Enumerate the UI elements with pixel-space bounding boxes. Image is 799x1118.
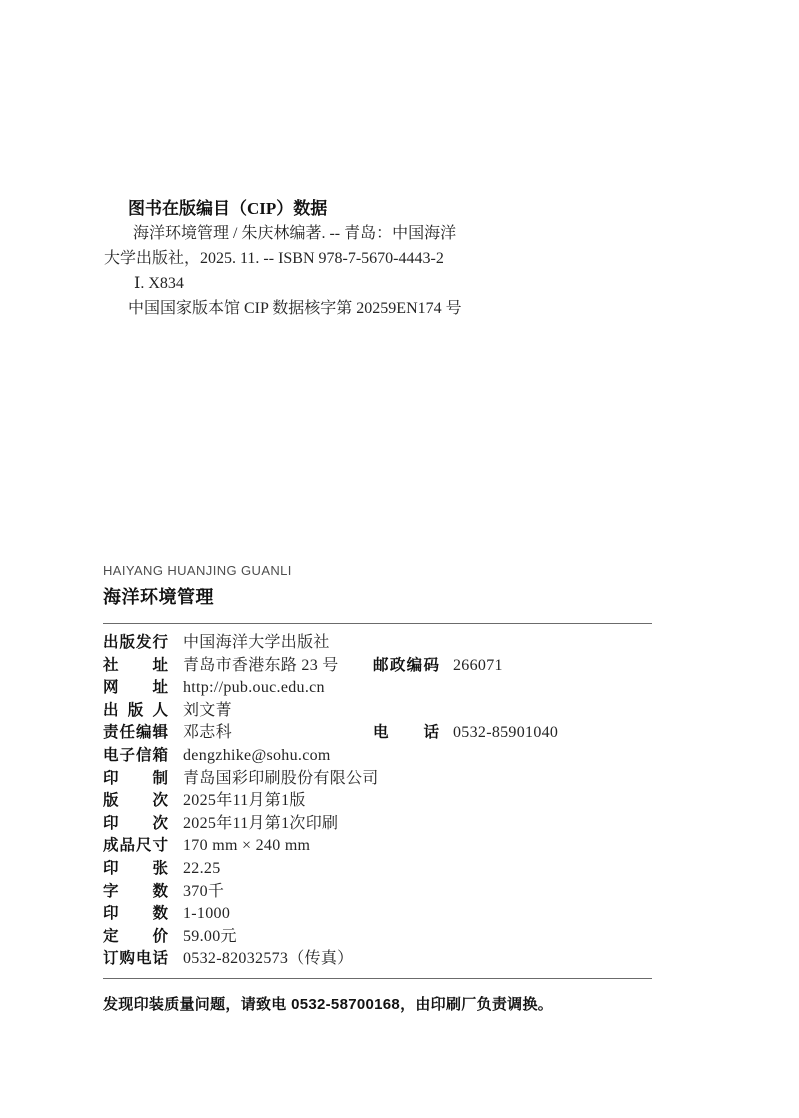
colophon-row-publisher-person: 出版人刘文菁 — [103, 700, 663, 723]
colophon-value: 刘文菁 — [183, 702, 232, 719]
colophon-label: 印次 — [103, 813, 168, 836]
colophon-label: 成品尺寸 — [103, 835, 168, 858]
colophon-value: 266071 — [453, 657, 503, 674]
colophon-value: 中国海洋大学出版社 — [183, 634, 330, 651]
colophon-value: http://pub.ouc.edu.cn — [183, 679, 325, 696]
colophon-value: 邓志科 — [183, 724, 232, 741]
cip-heading: 图书在版编目（CIP）数据 — [103, 196, 663, 221]
colophon-row-size: 成品尺寸170 mm × 240 mm — [103, 835, 663, 858]
cip-line: Ⅰ. X834 — [103, 271, 663, 296]
colophon-value: 青岛市香港东路 23 号 — [183, 657, 339, 674]
colophon-value: dengzhike@sohu.com — [183, 747, 331, 764]
copyright-page: 图书在版编目（CIP）数据 海洋环境管理 / 朱庆林编著. -- 青岛：中国海洋… — [0, 0, 799, 1118]
colophon-row-printrun: 印数1-1000 — [103, 903, 663, 926]
cip-line: 海洋环境管理 / 朱庆林编著. -- 青岛：中国海洋 — [103, 221, 663, 246]
cip-line: 大学出版社，2025. 11. -- ISBN 978-7-5670-4443-… — [103, 246, 663, 271]
colophon-label: 定价 — [103, 926, 168, 949]
colophon-label: 订购电话 — [103, 948, 168, 971]
colophon-value: 370千 — [183, 883, 224, 900]
colophon-label: 出版人 — [103, 700, 168, 723]
colophon-label: 邮政编码 — [373, 655, 439, 678]
cip-block: 图书在版编目（CIP）数据 海洋环境管理 / 朱庆林编著. -- 青岛：中国海洋… — [103, 196, 663, 321]
colophon-value: 170 mm × 240 mm — [183, 837, 310, 854]
colophon-row-impression: 印次2025年11月第1次印刷 — [103, 813, 663, 836]
book-title-pinyin: HAIYANG HUANJING GUANLI — [103, 563, 292, 578]
colophon-value: 22.25 — [183, 860, 221, 877]
colophon-label: 电子信箱 — [103, 745, 168, 768]
colophon-row-sheets: 印张22.25 — [103, 858, 663, 881]
colophon-value: 2025年11月第1次印刷 — [183, 815, 338, 832]
colophon-row-price: 定价59.00元 — [103, 926, 663, 949]
colophon-label: 电话 — [373, 722, 439, 745]
colophon-row-printer: 印制青岛国彩印刷股份有限公司 — [103, 768, 663, 791]
colophon-subcolumn: 电话0532-85901040 — [373, 722, 558, 745]
colophon-label: 字数 — [103, 881, 168, 904]
colophon-label: 印制 — [103, 768, 168, 791]
cip-line: 中国国家版本馆 CIP 数据核字第 20259EN174 号 — [103, 296, 663, 321]
colophon-label: 网址 — [103, 677, 168, 700]
colophon-row-editor: 责任编辑邓志科 电话0532-85901040 — [103, 722, 663, 745]
colophon-value: 1-1000 — [183, 905, 230, 922]
colophon-label: 印张 — [103, 858, 168, 881]
colophon-value: 青岛国彩印刷股份有限公司 — [183, 770, 379, 787]
footer-divider — [103, 978, 652, 979]
colophon-subcolumn: 邮政编码266071 — [373, 655, 503, 678]
colophon-value: 2025年11月第1版 — [183, 792, 306, 809]
title-divider — [103, 623, 652, 624]
colophon-value: 0532-85901040 — [453, 724, 558, 741]
colophon-row-address: 社址青岛市香港东路 23 号 邮政编码266071 — [103, 655, 663, 678]
colophon-row-publisher: 出版发行中国海洋大学出版社 — [103, 632, 663, 655]
quality-notice: 发现印装质量问题，请致电 0532-58700168，由印刷厂负责调换。 — [103, 993, 553, 1014]
colophon-label: 社址 — [103, 655, 168, 678]
colophon-row-orderphone: 订购电话0532-82032573（传真） — [103, 948, 663, 971]
colophon-row-wordcount: 字数370千 — [103, 881, 663, 904]
colophon-row-website: 网址http://pub.ouc.edu.cn — [103, 677, 663, 700]
colophon-label: 印数 — [103, 903, 168, 926]
colophon-table: 出版发行中国海洋大学出版社 社址青岛市香港东路 23 号 邮政编码266071 … — [103, 632, 663, 971]
book-title: 海洋环境管理 — [103, 583, 214, 609]
colophon-label: 责任编辑 — [103, 722, 168, 745]
colophon-row-edition: 版次2025年11月第1版 — [103, 790, 663, 813]
colophon-label: 版次 — [103, 790, 168, 813]
colophon-value: 59.00元 — [183, 928, 237, 945]
colophon-value: 0532-82032573（传真） — [183, 950, 353, 967]
colophon-label: 出版发行 — [103, 632, 168, 655]
colophon-row-email: 电子信箱dengzhike@sohu.com — [103, 745, 663, 768]
